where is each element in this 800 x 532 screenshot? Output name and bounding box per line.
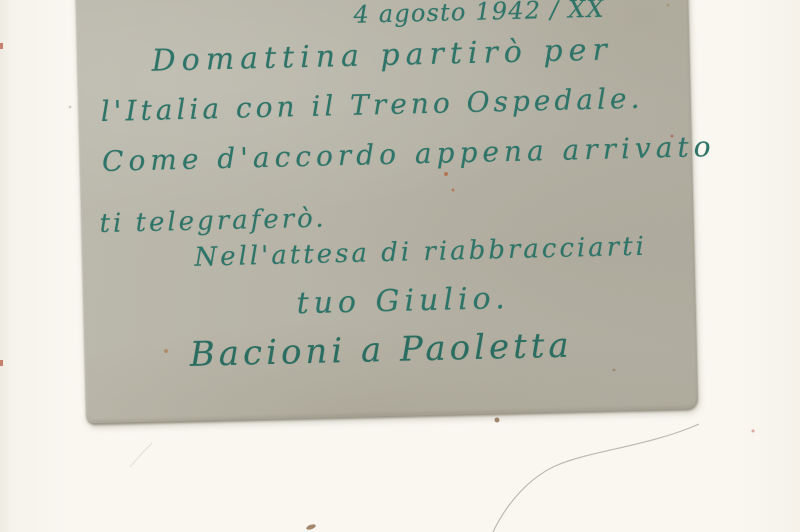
paper-speck — [306, 523, 317, 531]
edge-mark — [0, 43, 3, 49]
paper-crease-line-small — [130, 443, 152, 467]
closing-line: tuo Giulio. — [296, 281, 510, 321]
message-line-3: Come d'accordo appena arrivato — [102, 130, 716, 178]
paper-speck — [69, 106, 72, 109]
signature-line: Bacioni a Paoletta — [189, 326, 573, 375]
paper-speck — [495, 418, 500, 423]
message-line-2: l'Italia con il Treno Ospedale. — [100, 82, 643, 128]
message-line-4: ti telegraferò. — [99, 203, 327, 239]
scanned-postcard-page: 4 agosto 1942 / XX Domattina partirò per… — [0, 0, 800, 532]
postcard: 4 agosto 1942 / XX Domattina partirò per… — [76, 0, 699, 423]
handwritten-date-line: 4 agosto 1942 / XX — [353, 0, 605, 29]
paper-speck — [752, 430, 755, 433]
paper-crease-line — [493, 424, 699, 532]
edge-mark — [0, 360, 3, 366]
message-line-1: Domattina partirò per — [151, 32, 613, 78]
message-line-5: Nell'attesa di riabbracciarti — [194, 232, 647, 273]
